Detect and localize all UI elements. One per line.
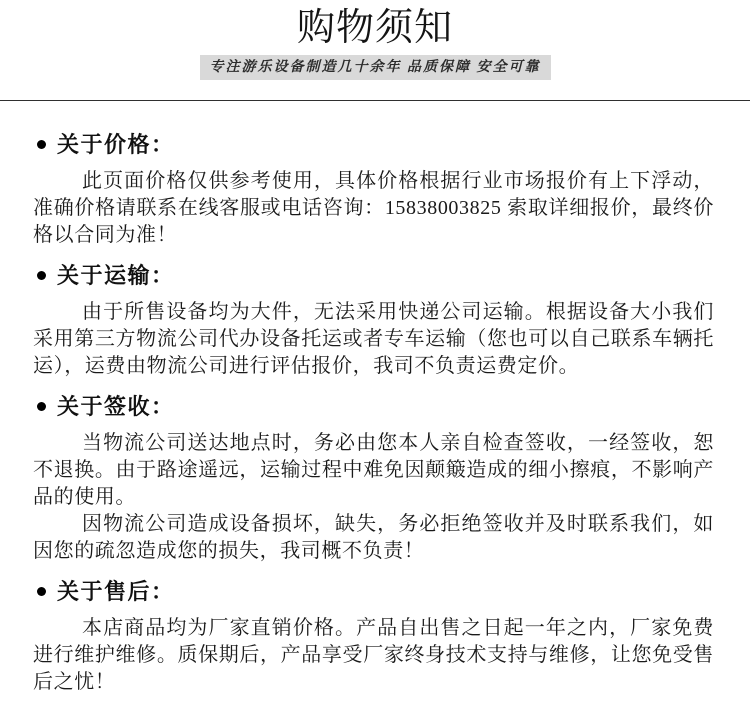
section-aftersales-heading-row: 关于售后： xyxy=(33,578,714,605)
section-shipping-heading-row: 关于运输： xyxy=(33,262,714,289)
notice-content: 关于价格： 此页面价格仅供参考使用，具体价格根据行业市场报价有上下浮动，准确价格… xyxy=(0,101,750,696)
shopping-notice-page: 购物须知 专注游乐设备制造几十余年 品质保障 安全可靠 关于价格： 此页面价格仅… xyxy=(0,4,750,696)
section-aftersales: 关于售后： 本店商品均为厂家直销价格。产品自出售之日起一年之内，厂家免费进行维护… xyxy=(33,578,714,696)
section-signoff: 关于签收： 当物流公司送达地点时，务必由您本人亲自检查签收，一经签收，恕不退换。… xyxy=(33,393,714,565)
section-heading: 关于签收： xyxy=(57,393,175,420)
section-price: 关于价格： 此页面价格仅供参考使用，具体价格根据行业市场报价有上下浮动，准确价格… xyxy=(33,131,714,249)
section-paragraph: 当物流公司送达地点时，务必由您本人亲自检查签收，一经签收，恕不退换。由于路途遥远… xyxy=(33,430,714,511)
bullet-icon xyxy=(37,587,46,596)
section-signoff-heading-row: 关于签收： xyxy=(33,393,714,420)
bullet-icon xyxy=(37,402,46,411)
section-paragraph: 本店商品均为厂家直销价格。产品自出售之日起一年之内，厂家免费进行维护维修。质保期… xyxy=(33,615,714,696)
section-heading: 关于售后： xyxy=(57,578,175,605)
section-shipping: 关于运输： 由于所售设备均为大件，无法采用快递公司运输。根据设备大小我们采用第三… xyxy=(33,262,714,380)
section-heading: 关于价格： xyxy=(57,131,175,158)
bullet-icon xyxy=(37,140,46,149)
page-title: 购物须知 xyxy=(0,4,750,52)
tagline-banner: 专注游乐设备制造几十余年 品质保障 安全可靠 xyxy=(200,55,551,80)
section-price-heading-row: 关于价格： xyxy=(33,131,714,158)
bullet-icon xyxy=(37,271,46,280)
tagline-banner-wrap: 专注游乐设备制造几十余年 品质保障 安全可靠 xyxy=(0,55,750,80)
section-paragraph: 由于所售设备均为大件，无法采用快递公司运输。根据设备大小我们采用第三方物流公司代… xyxy=(33,299,714,380)
section-paragraph: 此页面价格仅供参考使用，具体价格根据行业市场报价有上下浮动，准确价格请联系在线客… xyxy=(33,168,714,249)
section-paragraph: 因物流公司造成设备损坏，缺失，务必拒绝签收并及时联系我们，如因您的疏忽造成您的损… xyxy=(33,511,714,565)
section-heading: 关于运输： xyxy=(57,262,175,289)
